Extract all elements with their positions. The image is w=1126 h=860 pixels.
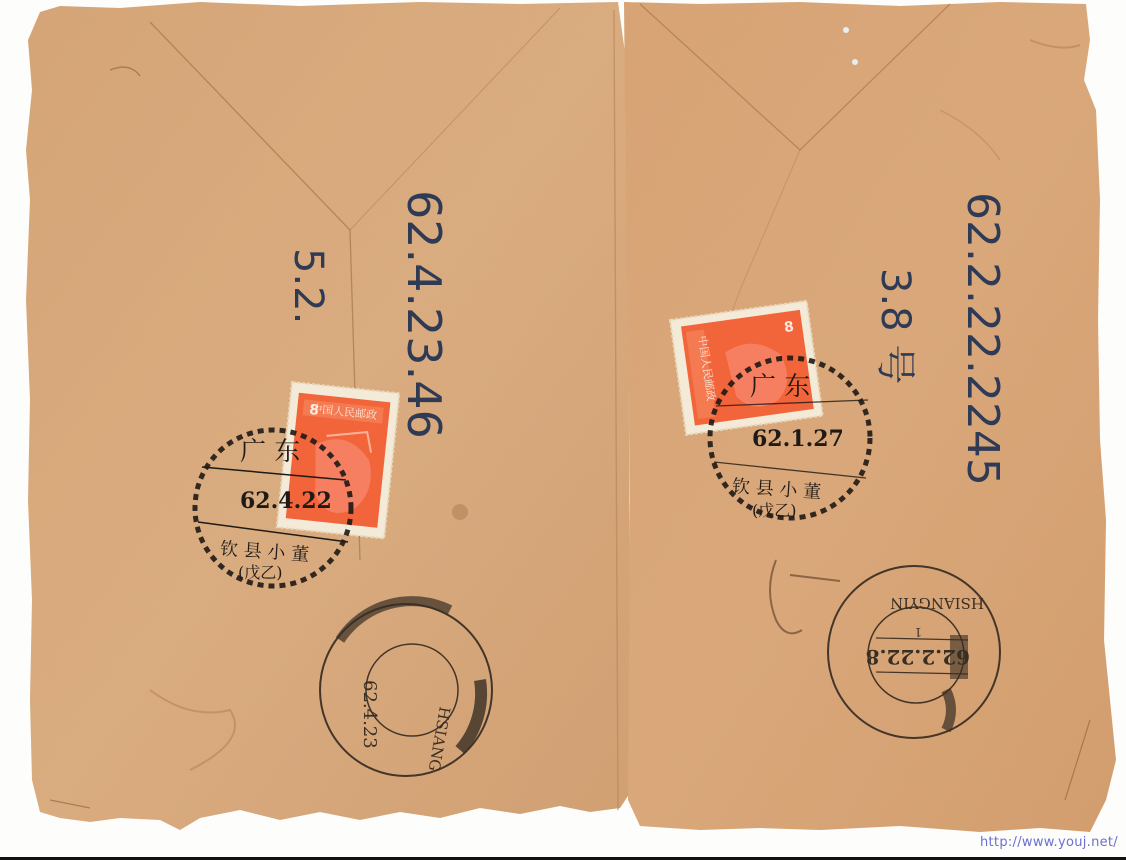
svg-text:广 东: 广 东 — [240, 437, 300, 467]
svg-text:(戊乙): (戊乙) — [752, 501, 797, 520]
svg-text:62.4.23: 62.4.23 — [359, 680, 380, 749]
svg-text:5.2.: 5.2. — [285, 248, 331, 324]
svg-text:62.1.27: 62.1.27 — [752, 426, 844, 452]
right-stamp: 中国人民邮政 8 — [670, 301, 823, 435]
svg-text:62.4.23.46: 62.4.23.46 — [397, 190, 451, 439]
svg-text:62.2.22.8: 62.2.22.8 — [866, 645, 970, 669]
svg-text:广 东: 广 东 — [750, 372, 810, 402]
svg-text:(戊乙): (戊乙) — [238, 563, 283, 582]
right-envelope: 62.2.22.2245 3.8 号 中国人民邮政 8 广 东 62.1.27 … — [624, 2, 1116, 832]
svg-text:1: 1 — [914, 625, 922, 639]
svg-text:HSIANGYIN: HSIANGYIN — [890, 594, 984, 612]
svg-text:62.2.22.2245: 62.2.22.2245 — [957, 192, 1008, 486]
svg-text:62.4.22: 62.4.22 — [240, 488, 332, 514]
svg-text:8: 8 — [308, 402, 319, 419]
envelope-photo: 62.4.23.46 5.2. 中国人民邮政 8 广 东 62.4.22 钦 县… — [0, 0, 1126, 860]
left-envelope: 62.4.23.46 5.2. 中国人民邮政 8 广 东 62.4.22 钦 县… — [26, 2, 632, 830]
svg-text:3.8 号: 3.8 号 — [872, 268, 918, 384]
watermark-url: http://www.youj.net/ — [980, 835, 1118, 850]
